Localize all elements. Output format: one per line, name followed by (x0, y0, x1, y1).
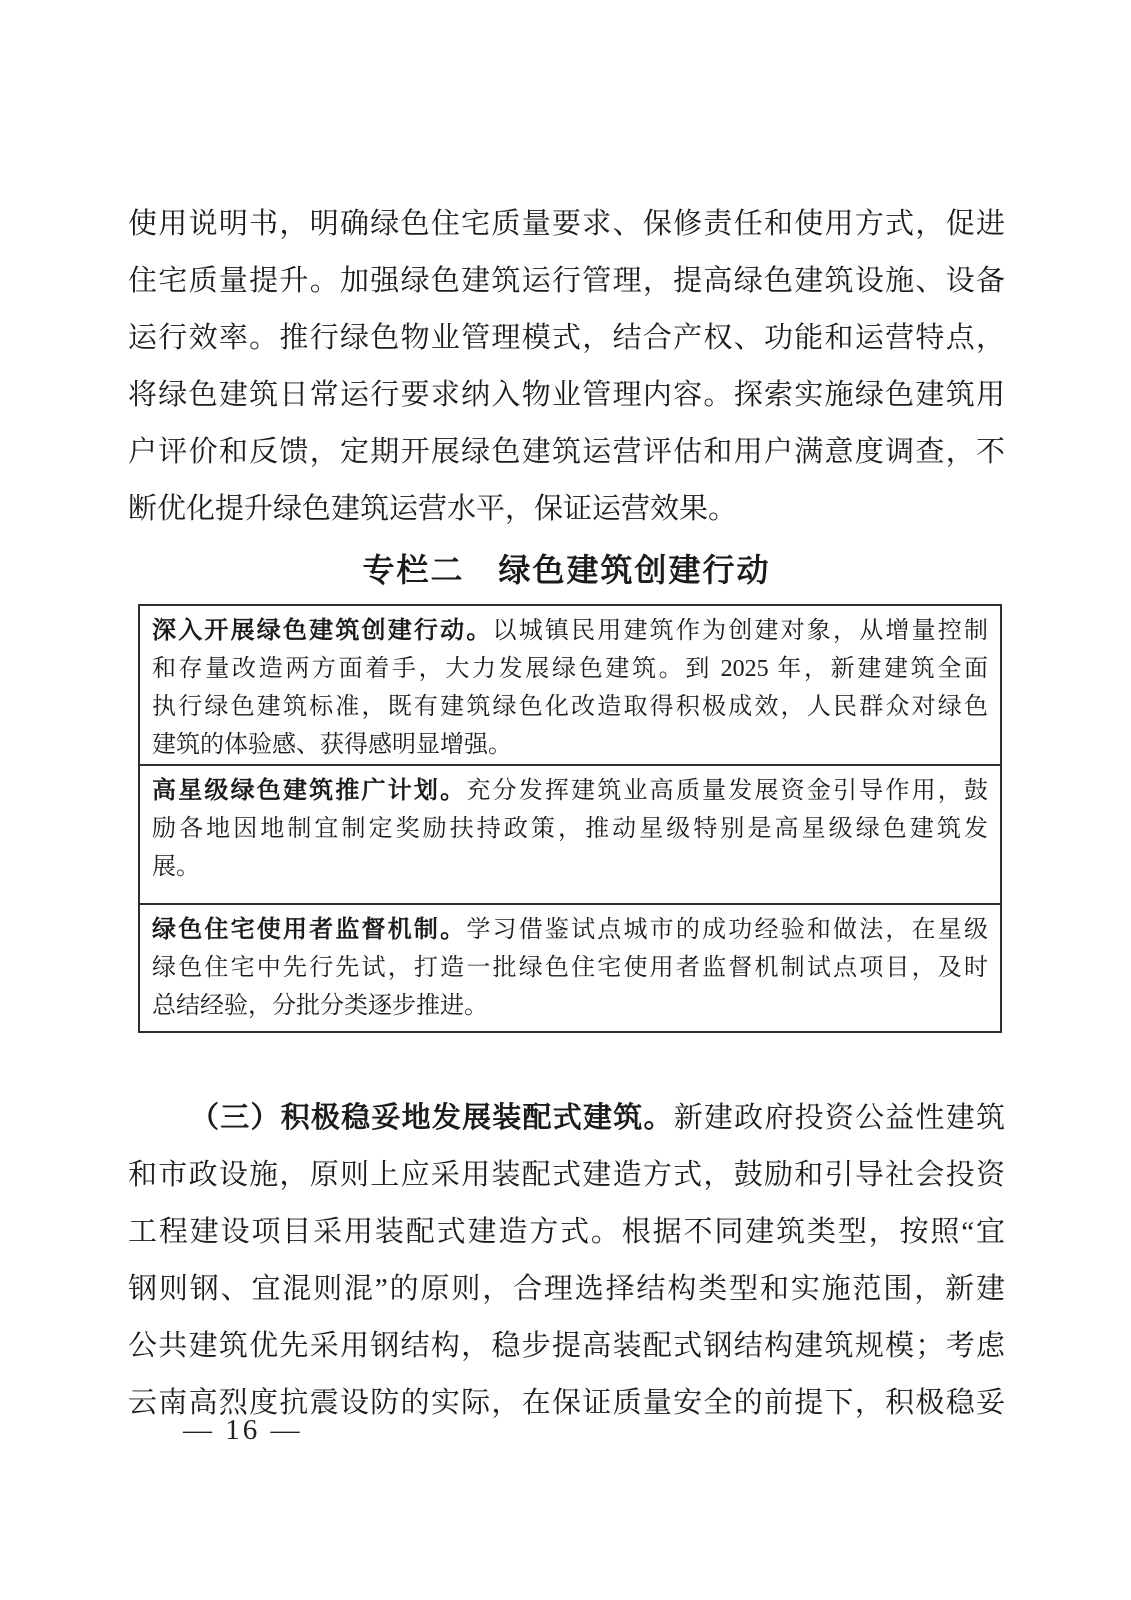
text-line: 运行效率。推行绿色物业管理模式，结合产权、功能和运营特点， (128, 310, 1005, 367)
box-row-first-line: 深入开展绿色建筑创建行动。以城镇民用建筑作为创建对象，从增量控制 (152, 612, 988, 650)
paragraph-prefabricated-buildings: （三）积极稳妥地发展装配式建筑。新建政府投资公益性建筑和市政设施，原则上应采用装… (128, 1090, 1005, 1432)
text-line: 执行绿色建筑标准，既有建筑绿色化改造取得积极成效，人民群众对绿色 (152, 688, 988, 726)
text-line: 建筑的体验感、获得感明显增强。 (152, 726, 988, 764)
text-line: 展。 (152, 848, 988, 886)
column-box: 深入开展绿色建筑创建行动。以城镇民用建筑作为创建对象，从增量控制和存量改造两方面… (138, 604, 1002, 1033)
box-row-lead: 高星级绿色建筑推广计划。 (152, 778, 466, 804)
text-line: 工程建设项目采用装配式建造方式。根据不同建筑类型，按照“宜 (128, 1204, 1005, 1261)
column-box-row: 深入开展绿色建筑创建行动。以城镇民用建筑作为创建对象，从增量控制和存量改造两方面… (140, 606, 1000, 764)
box-row-lead: 绿色住宅使用者监督机制。 (152, 917, 466, 943)
column-box-row: 高星级绿色建筑推广计划。充分发挥建筑业高质量发展资金引导作用，鼓励各地因地制宜制… (140, 764, 1000, 903)
text-line: 公共建筑优先采用钢结构，稳步提高装配式钢结构建筑规模；考虑 (128, 1318, 1005, 1375)
paragraph-green-building-operation: 使用说明书，明确绿色住宅质量要求、保修责任和使用方式，促进住宅质量提升。加强绿色… (128, 196, 1005, 538)
page-number: — 16 — (183, 1414, 303, 1447)
box-row-lead: 深入开展绿色建筑创建行动。 (152, 618, 493, 644)
column-box-heading: 专栏二 绿色建筑创建行动 (128, 545, 1005, 591)
text-line: 和市政设施，原则上应采用装配式建造方式，鼓励和引导社会投资 (128, 1147, 1005, 1204)
text-line: 断优化提升绿色建筑运营水平，保证运营效果。 (128, 481, 1005, 538)
text-line: 和存量改造两方面着手，大力发展绿色建筑。到 2025 年，新建建筑全面 (152, 650, 988, 688)
text-line: 住宅质量提升。加强绿色建筑运行管理，提高绿色建筑设施、设备 (128, 253, 1005, 310)
document-page: 使用说明书，明确绿色住宅质量要求、保修责任和使用方式，促进住宅质量提升。加强绿色… (0, 0, 1131, 1600)
text-line: 绿色住宅中先行先试，打造一批绿色住宅使用者监督机制试点项目，及时 (152, 949, 988, 987)
text-line: 钢则钢、宜混则混”的原则，合理选择结构类型和实施范围，新建 (128, 1261, 1005, 1318)
text-line: 户评价和反馈，定期开展绿色建筑运营评估和用户满意度调查，不 (128, 424, 1005, 481)
text-line: 使用说明书，明确绿色住宅质量要求、保修责任和使用方式，促进 (128, 196, 1005, 253)
text-line: 将绿色建筑日常运行要求纳入物业管理内容。探索实施绿色建筑用 (128, 367, 1005, 424)
text-line: 励各地因地制宜制定奖励扶持政策，推动星级特别是高星级绿色建筑发 (152, 810, 988, 848)
box-row-first-line: 高星级绿色建筑推广计划。充分发挥建筑业高质量发展资金引导作用，鼓 (152, 772, 988, 810)
column-box-row: 绿色住宅使用者监督机制。学习借鉴试点城市的成功经验和做法，在星级绿色住宅中先行先… (140, 903, 1000, 1031)
text-line: 总结经验，分批分类逐步推进。 (152, 987, 988, 1025)
paragraph-first-line: （三）积极稳妥地发展装配式建筑。新建政府投资公益性建筑 (128, 1090, 1005, 1147)
paragraph-lead: （三）积极稳妥地发展装配式建筑。 (190, 1102, 674, 1134)
box-row-first-line: 绿色住宅使用者监督机制。学习借鉴试点城市的成功经验和做法，在星级 (152, 911, 988, 949)
